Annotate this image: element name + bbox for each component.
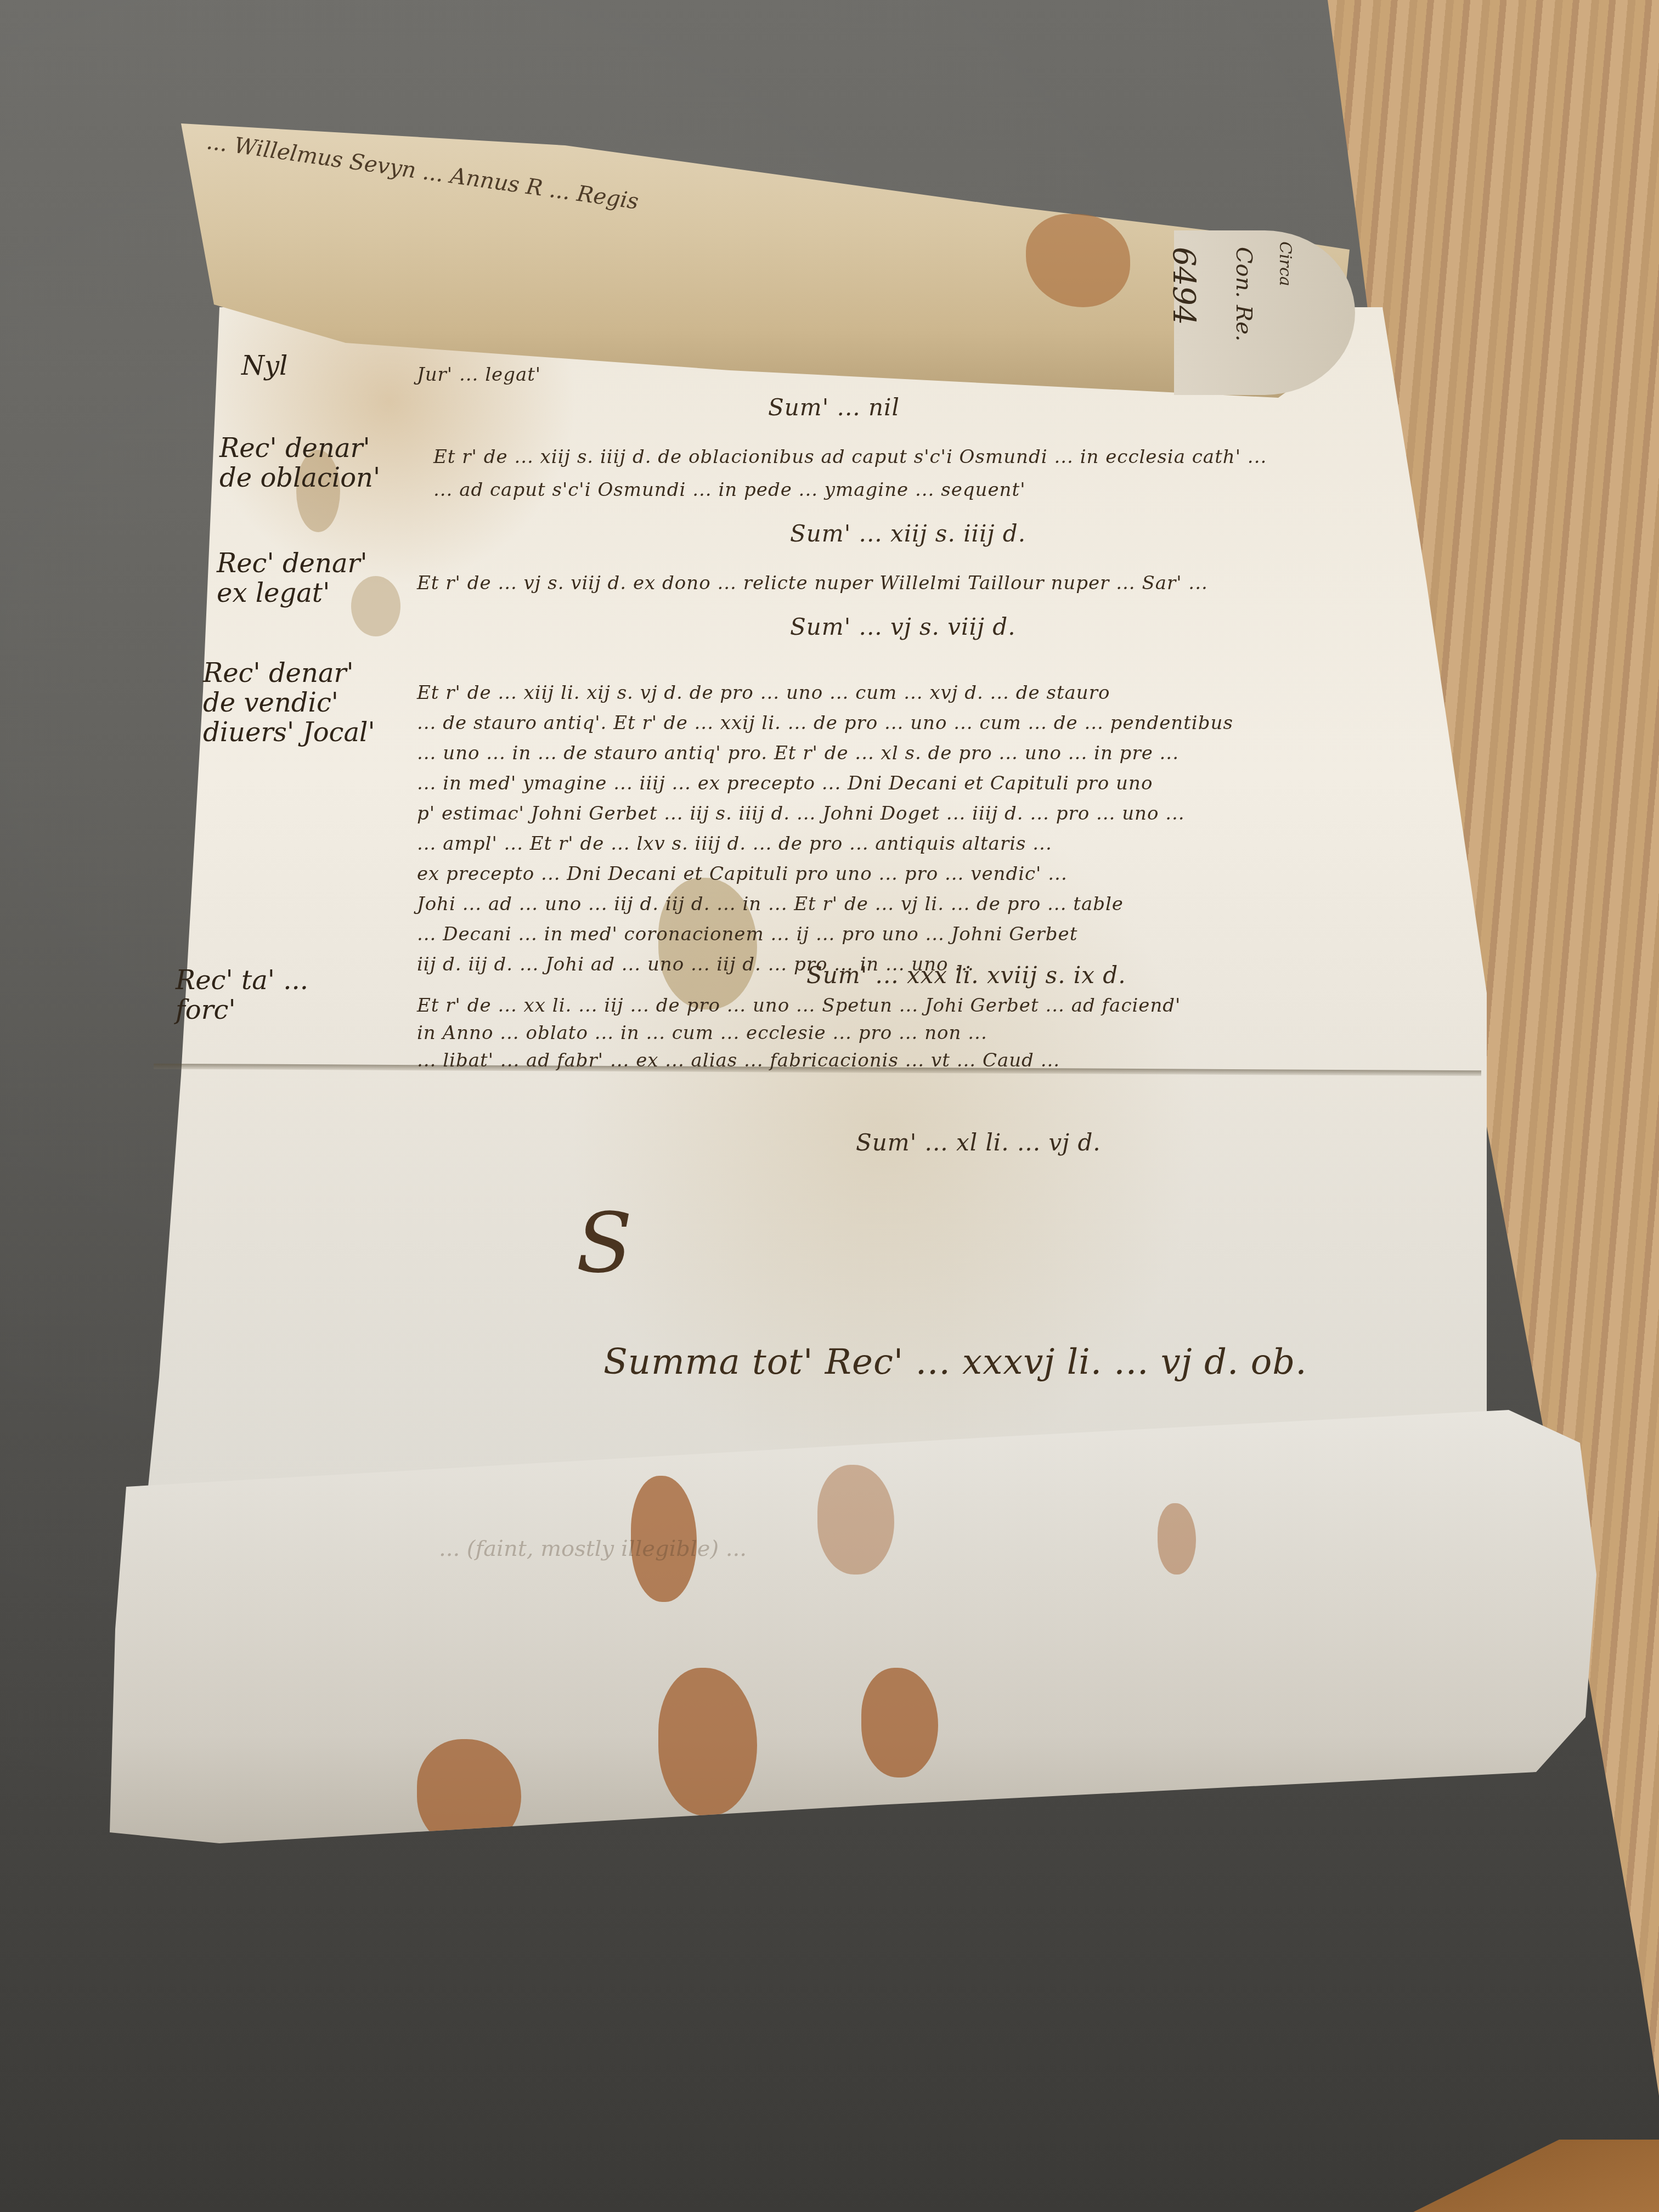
decorated-initial: S bbox=[576, 1196, 633, 1291]
rust-stain bbox=[1158, 1503, 1196, 1575]
faint-roll-text: ... (faint, mostly illegible) ... bbox=[439, 1536, 747, 1561]
rust-stain bbox=[817, 1465, 894, 1575]
entry-total: Sum' ... nil bbox=[768, 390, 900, 426]
margin-heading: Rec' denar' de oblacion' bbox=[219, 433, 406, 493]
margin-heading: Rec' denar' de vendic' diuers' Jocal' bbox=[203, 658, 390, 747]
entry-line: ... ad caput s'c'i Osmundi ... in pede .… bbox=[433, 472, 1025, 508]
shelfmark-label: Con. Re. bbox=[1231, 247, 1256, 341]
margin-heading: Nyl bbox=[241, 351, 287, 381]
shelfmark-label: Circa bbox=[1276, 241, 1295, 286]
bottom-roll bbox=[110, 1410, 1596, 1843]
entry-total: Sum' ... vj s. viij d. bbox=[790, 609, 1016, 645]
rust-stain bbox=[658, 1668, 757, 1816]
shelfmark-number: 6494 bbox=[1166, 247, 1201, 325]
grand-total: Summa tot' Rec' ... xxxvj li. ... vj d. … bbox=[603, 1344, 1307, 1380]
rust-stain bbox=[861, 1668, 938, 1778]
entry-line: Jur' ... legat' bbox=[417, 357, 541, 393]
entry-line: ... libat' ... ad fabr' ... ex ... alias… bbox=[417, 1042, 1060, 1079]
entry-line: Et r' de ... xiij s. iiij d. de oblacion… bbox=[433, 439, 1267, 475]
entry-total: Sum' ... xiij s. iiij d. bbox=[790, 516, 1026, 552]
entry-line: Et r' de ... vj s. viij d. ex dono ... r… bbox=[417, 565, 1208, 601]
margin-heading: Rec' ta' ... forc' bbox=[176, 966, 362, 1025]
margin-heading: Rec' denar' ex legat' bbox=[217, 549, 403, 608]
membrane-total: Sum' ... xl li. ... vj d. bbox=[856, 1125, 1101, 1161]
